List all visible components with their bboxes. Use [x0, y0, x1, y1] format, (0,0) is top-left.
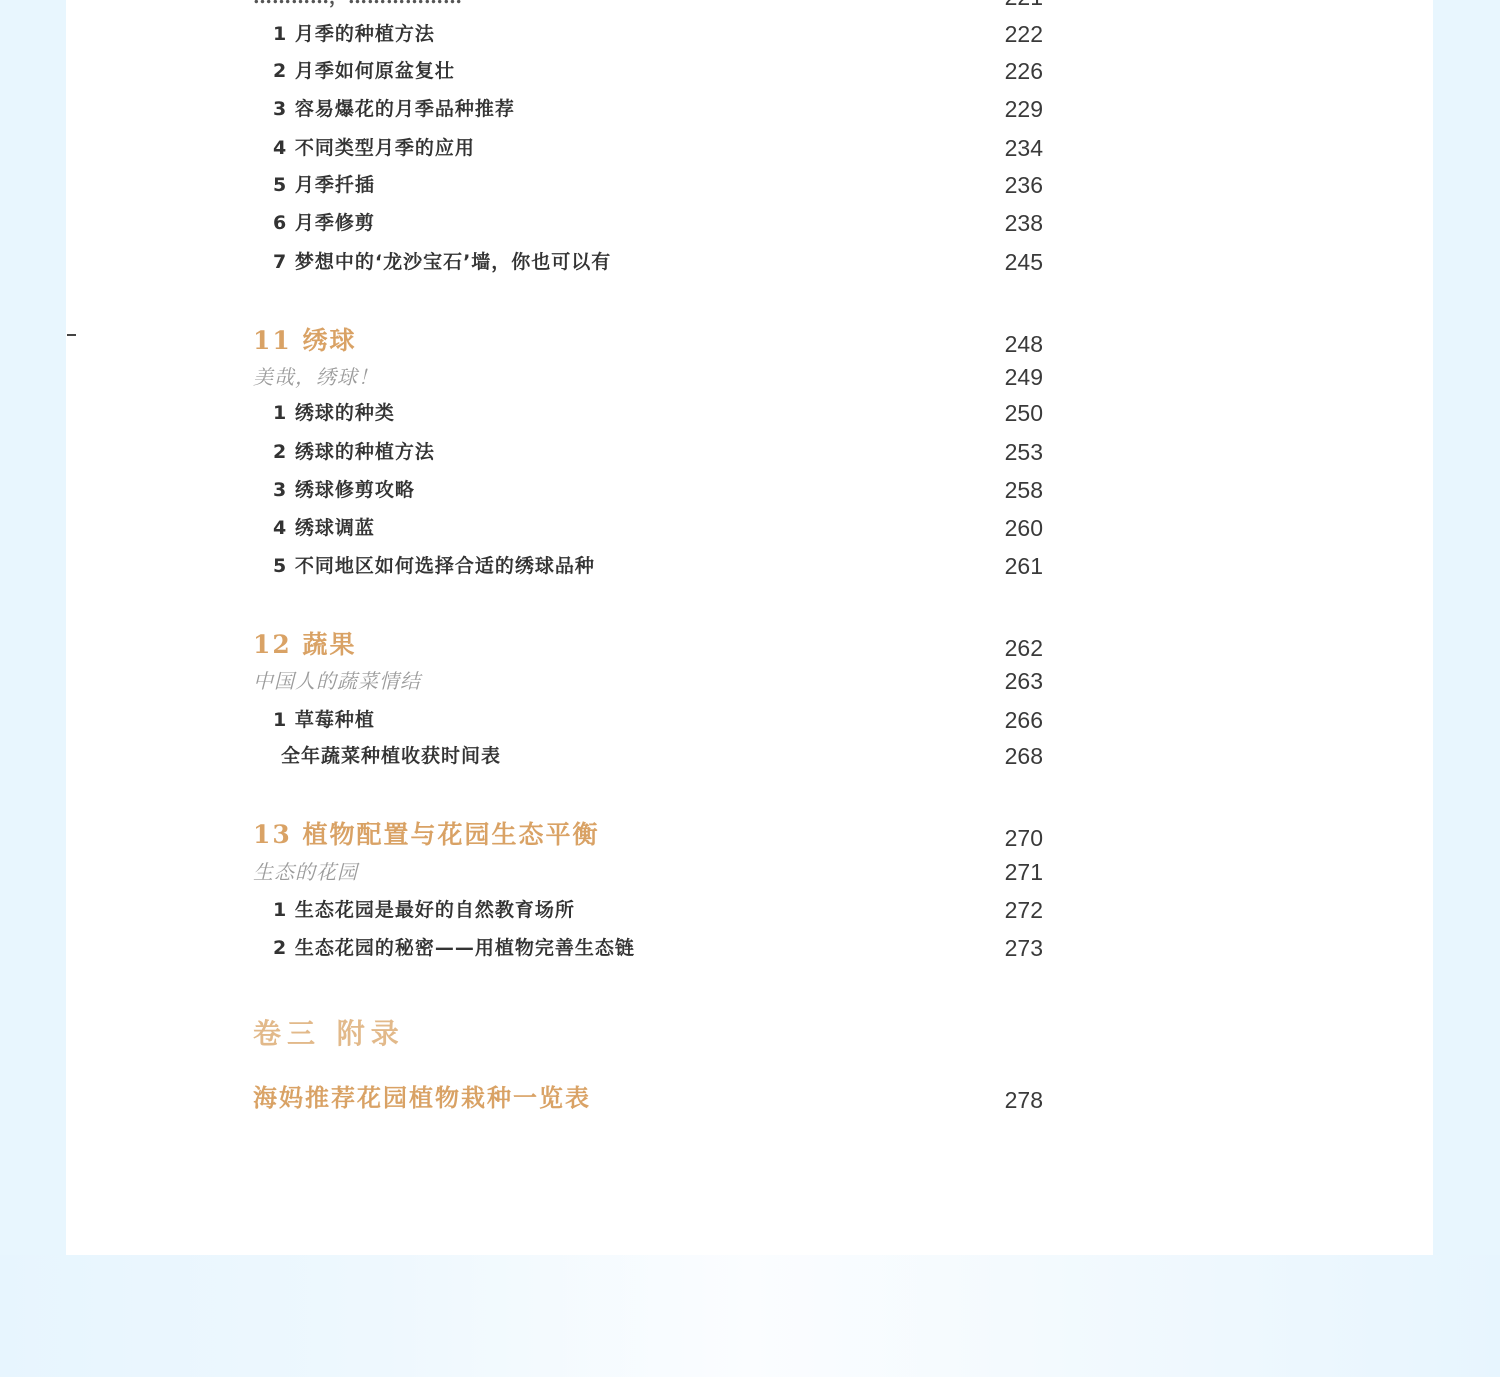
toc-entry-title: 1 草莓种植: [253, 705, 375, 735]
chapter-heading-12[interactable]: 12 蔬果 262: [253, 630, 1043, 660]
toc-entry-title: 全年蔬菜种植收获时间表: [253, 741, 501, 771]
toc-entry[interactable]: 3 绣球修剪攻略 258: [253, 475, 1043, 505]
toc-entry-title: 5 月季扦插: [253, 170, 375, 200]
toc-entry-page: 250: [983, 398, 1043, 428]
appendix-page: 278: [983, 1085, 1043, 1115]
toc-entry-page: 273: [983, 933, 1043, 963]
toc-entry[interactable]: 1 生态花园是最好的自然教育场所 272: [253, 895, 1043, 925]
toc-entry[interactable]: 2 月季如何原盆复壮 226: [253, 56, 1043, 86]
chapter-title: 11 绣球: [253, 326, 357, 356]
toc-entry-title: 1 月季的种植方法: [253, 19, 435, 49]
toc-entry[interactable]: 6 月季修剪 238: [253, 208, 1043, 238]
appendix-entry[interactable]: 海妈推荐花园植物栽种一览表 278: [253, 1083, 1043, 1113]
chapter-subtitle[interactable]: 美哉，绣球！ 249: [253, 362, 1043, 392]
toc-entry-title: 2 绣球的种植方法: [253, 437, 435, 467]
toc-entry-title: 6 月季修剪: [253, 208, 375, 238]
toc-entry-title: 3 容易爆花的月季品种推荐: [253, 94, 515, 124]
chapter-page: 270: [983, 823, 1043, 853]
toc-entry[interactable]: 1 绣球的种类 250: [253, 398, 1043, 428]
toc-entry-page: 260: [983, 513, 1043, 543]
toc-entry[interactable]: 1 草莓种植 266: [253, 705, 1043, 735]
toc-entry-title: 1 生态花园是最好的自然教育场所: [253, 895, 575, 925]
toc-entry-page: 238: [983, 208, 1043, 238]
toc-entry[interactable]: 4 绣球调蓝 260: [253, 513, 1043, 543]
toc-entry-page: 222: [983, 19, 1043, 49]
subtitle-text: 生态的花园: [253, 857, 358, 887]
toc-entry-page: 268: [983, 741, 1043, 771]
subtitle-text: 美哉，绣球！: [253, 362, 379, 392]
toc-page: …………，……………… 221 1 月季的种植方法 222 2 月季如何原盆复壮…: [66, 0, 1433, 1255]
subtitle-text: 中国人的蔬菜情结: [253, 666, 421, 696]
subtitle-page: 249: [983, 362, 1043, 392]
toc-entry-page: 236: [983, 170, 1043, 200]
toc-entry[interactable]: 7 梦想中的‘龙沙宝石’墙，你也可以有 245: [253, 247, 1043, 277]
chapter-page: 262: [983, 633, 1043, 663]
toc-entry[interactable]: 全年蔬菜种植收获时间表 268: [253, 741, 1043, 771]
toc-entry-title: 7 梦想中的‘龙沙宝石’墙，你也可以有: [253, 247, 611, 277]
toc-entry-page: 229: [983, 94, 1043, 124]
toc-clipped-entry: …………，……………… 221: [253, 0, 1043, 12]
toc-entry-title: 1 绣球的种类: [253, 398, 395, 428]
volume-heading: 卷三 附录: [253, 1016, 1043, 1052]
toc-entry-page: 261: [983, 551, 1043, 581]
toc-entry-page: 258: [983, 475, 1043, 505]
toc-entry[interactable]: 5 月季扦插 236: [253, 170, 1043, 200]
toc-entry-page: 272: [983, 895, 1043, 925]
toc-entry-title: …………，………………: [253, 0, 462, 12]
chapter-subtitle[interactable]: 中国人的蔬菜情结 263: [253, 666, 1043, 696]
toc-entry[interactable]: 5 不同地区如何选择合适的绣球品种 261: [253, 551, 1043, 581]
chapter-heading-13[interactable]: 13 植物配置与花园生态平衡 270: [253, 820, 1043, 850]
toc-entry-page: 221: [983, 0, 1043, 12]
toc-entry[interactable]: 2 生态花园的秘密——用植物完善生态链 273: [253, 933, 1043, 963]
subtitle-page: 271: [983, 857, 1043, 887]
chapter-title: 13 植物配置与花园生态平衡: [253, 820, 600, 850]
toc-entry-title: 2 生态花园的秘密——用植物完善生态链: [253, 933, 635, 963]
chapter-subtitle[interactable]: 生态的花园 271: [253, 857, 1043, 887]
toc-entry[interactable]: 2 绣球的种植方法 253: [253, 437, 1043, 467]
appendix-title: 海妈推荐花园植物栽种一览表: [253, 1083, 591, 1113]
chapter-page: 248: [983, 329, 1043, 359]
toc-entry[interactable]: 1 月季的种植方法 222: [253, 19, 1043, 49]
toc-entry-page: 245: [983, 247, 1043, 277]
toc-entry-title: 4 不同类型月季的应用: [253, 133, 475, 163]
toc-entry-page: 234: [983, 133, 1043, 163]
toc-entry[interactable]: 3 容易爆花的月季品种推荐 229: [253, 94, 1043, 124]
chapter-title: 12 蔬果: [253, 630, 357, 660]
margin-mark: [67, 334, 76, 336]
chapter-heading-11[interactable]: 11 绣球 248: [253, 326, 1043, 356]
volume-title: 卷三 附录: [253, 1016, 405, 1052]
background-gradient: [0, 1255, 1500, 1377]
toc-entry-page: 226: [983, 56, 1043, 86]
toc-entry-page: 266: [983, 705, 1043, 735]
toc-entry-title: 2 月季如何原盆复壮: [253, 56, 455, 86]
subtitle-page: 263: [983, 666, 1043, 696]
toc-entry-title: 5 不同地区如何选择合适的绣球品种: [253, 551, 595, 581]
toc-entry-title: 4 绣球调蓝: [253, 513, 375, 543]
toc-entry-page: 253: [983, 437, 1043, 467]
toc-entry-title: 3 绣球修剪攻略: [253, 475, 415, 505]
toc-entry[interactable]: 4 不同类型月季的应用 234: [253, 133, 1043, 163]
